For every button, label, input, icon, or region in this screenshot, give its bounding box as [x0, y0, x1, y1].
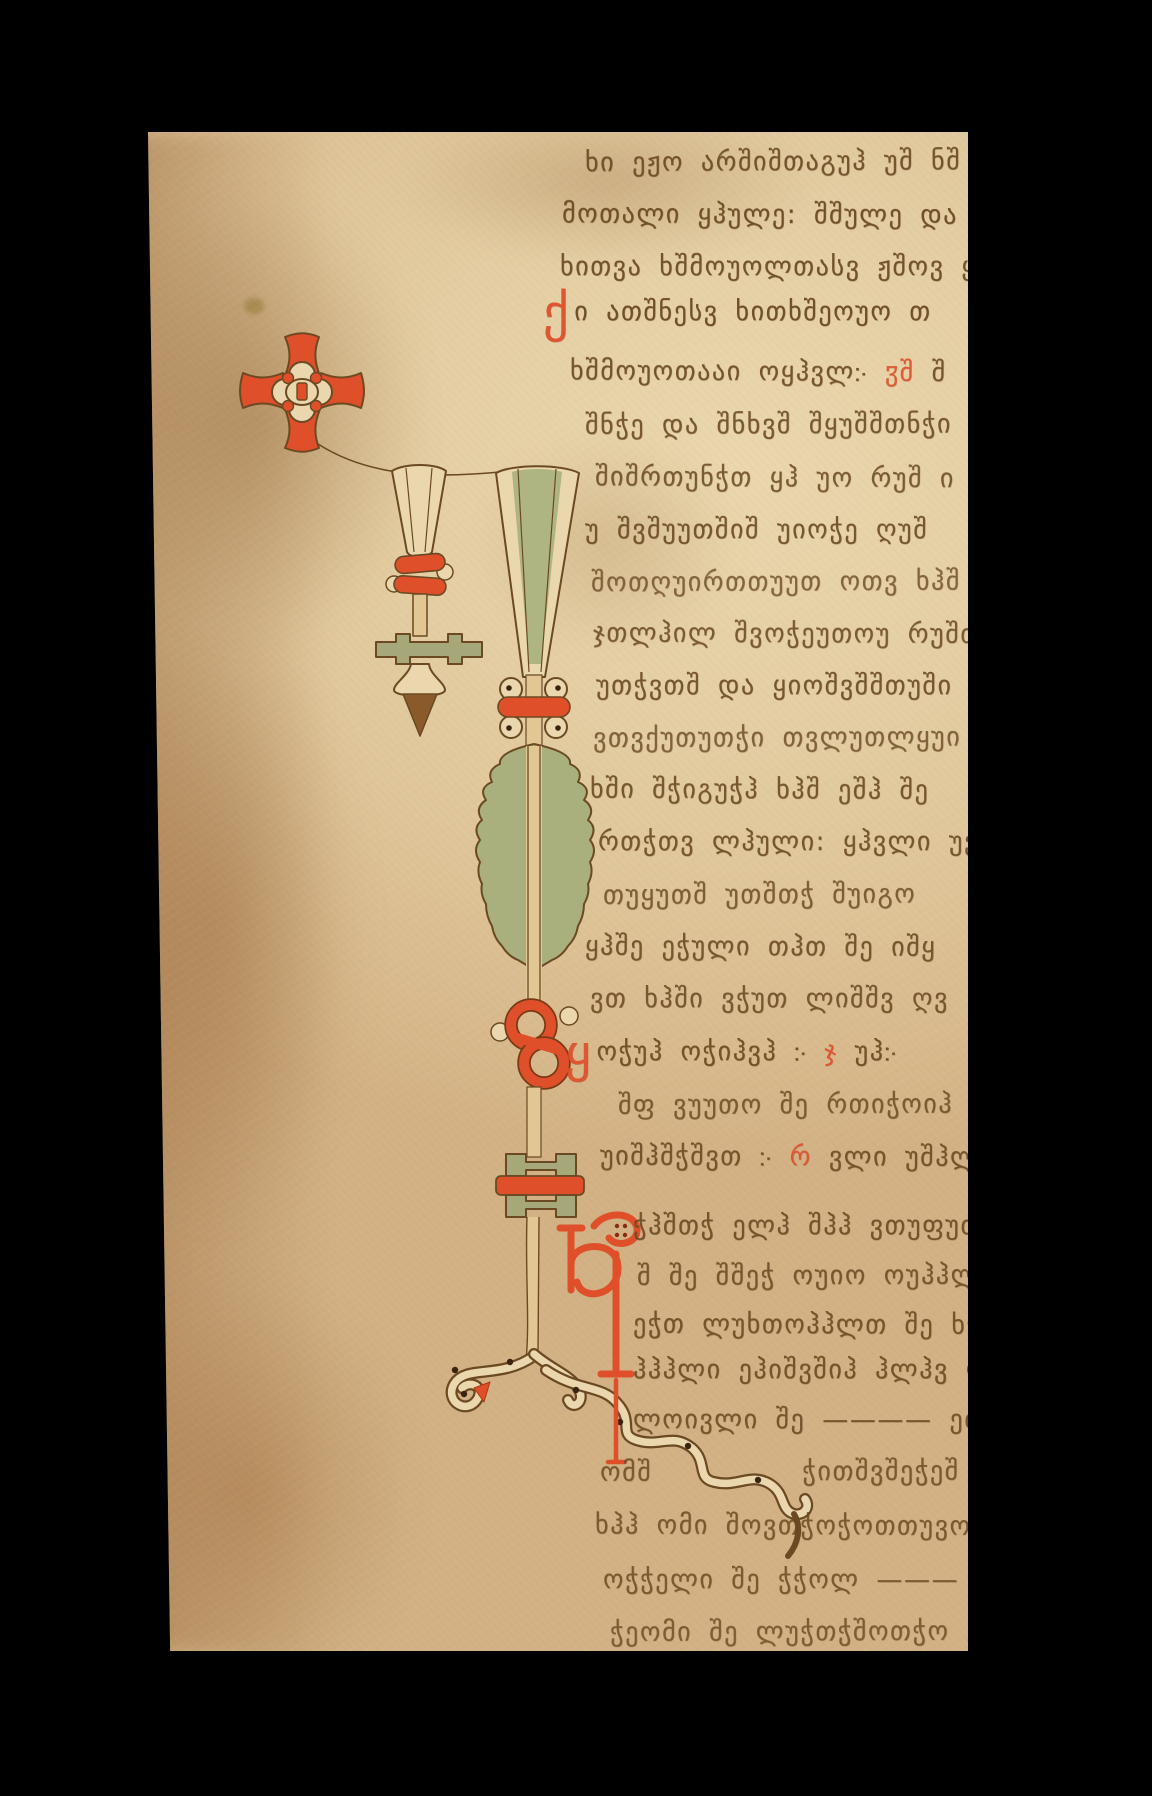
text-line: უ შვშუუთშიშ უიოჭე ღუშ	[585, 514, 928, 546]
manuscript-text-run: ხი ეჟო არშიშთაგუჰ უშ ნშ	[585, 146, 961, 178]
text-line: ჭეომი შე ლუჭთჭშოთჭო ვ ომ	[610, 1615, 968, 1648]
text-line: თუყუთშ უთშთჭ შუიგო	[603, 878, 916, 911]
manuscript-text-run: მოთალი ყჰულე: შშულე და შნლ	[562, 199, 968, 231]
manuscript-text-run: ი ათშნესვ ხითხშეოუო თ	[574, 297, 931, 327]
manuscript-text-run: ყჰშე ეჭული თჰთ შე იშყ	[585, 931, 936, 962]
manuscript-text-run: ხითვა ხშმოუოლთასვ ჟშოვ ყ	[560, 252, 968, 282]
manuscript-text-run: უ შვშუუთშიშ უიოჭე ღუშ	[585, 515, 928, 545]
manuscript-text-run: შნჭე და შნხვშ შყუშშთნჭი	[585, 409, 952, 440]
text-line: შფ ვუუთო შე რთიჭოიჰ	[618, 1088, 953, 1121]
text-line: შ შე შშეჭ ოუიო ოუჰჰლი	[637, 1259, 968, 1292]
manuscript-text-run: ოჭუჰ ოჭიჰვჰ ჻	[596, 1037, 824, 1067]
text-line: რთჭთვ ლჰული: ყჰვლი უვ	[598, 826, 968, 858]
red-initial-text: ქ	[543, 284, 570, 342]
manuscript-text-run: შფ ვუუთო შე რთიჭოიჰ	[618, 1089, 953, 1120]
red-initial-text: ჯ	[824, 1037, 837, 1067]
text-line: ომშჭითშვშეჭეშ	[600, 1455, 960, 1488]
red-initial-text: ყ	[565, 1024, 592, 1082]
text-line: ჰჰჰლი ეჰიშვშიჰ ჰლჰვ ლუ	[633, 1354, 968, 1386]
manuscript-text-run: შ შე შშეჭ ოუიო ოუჰჰლი	[637, 1260, 968, 1291]
manuscript-text-run: ჰჰჰლი ეჰიშვშიჰ ჰლჰვ ლუ	[633, 1355, 968, 1385]
text-line: ქი ათშნესვ ხითხშეოუო თ	[543, 296, 932, 328]
text-column: ხი ეჟო არშიშთაგუჰ უშ ნშმოთალი ყჰულე: შშუ…	[148, 132, 968, 1651]
manuscript-text-run: თუყუთშ უთშთჭ შუიგო	[603, 879, 916, 910]
manuscript-text-run: ოჭჭელი შე ჭჭოლ ——— შშჰლ	[603, 1565, 968, 1595]
text-line: შოთღუირთთუუთ ოთვ ხჰშ ორ	[591, 565, 968, 599]
text-line: უიშჰშჭშვთ ჻ რ ვლი უშჰლ	[600, 1140, 968, 1173]
black-backdrop: { "artifact": { "kind": "medieval manusc…	[0, 0, 1152, 1796]
manuscript-text-run: შ	[915, 358, 947, 388]
manuscript-text-run: ჭითშვშეჭეშ	[802, 1456, 960, 1487]
text-line: შიშრთუნჭთ ყჰ უო რუშ ი	[595, 461, 955, 495]
text-line: ყოჭუჰ ოჭიჰვჰ ჻ ჯ უჰ჻	[565, 1036, 898, 1068]
manuscript-text-run: ლოივლი შე ———— ეთშჭუთო	[633, 1405, 968, 1435]
text-line: ჭჰშთჭ ელჰ შჰჰ ვთუფუთ	[633, 1210, 968, 1242]
red-initial-text: რ	[790, 1142, 812, 1172]
text-line: მოთალი ყჰულე: შშულე და შნლ	[562, 198, 968, 232]
text-line: ვთვქუთუთჭი თვლუთლყუი	[593, 721, 961, 754]
manuscript-text-run: ჭჰშთჭ ელჰ შჰჰ ვთუფუთ	[633, 1211, 968, 1241]
manuscript-text-run: ხჰჰ ომი შოვთჭოჭოთთუვო ჭო	[595, 1510, 968, 1542]
text-line: ხი ეჟო არშიშთაგუჰ უშ ნშ	[585, 145, 961, 179]
text-line: ხითვა ხშმოუოლთასვ ჟშოვ ყ	[560, 251, 968, 283]
manuscript-text-run: ვლი უშჰლ	[812, 1142, 968, 1173]
manuscript-text-run: ვთ ხჰში ვჭუთ ლიშშვ ღვ	[590, 984, 949, 1014]
manuscript-text-run: ვთვქუთუთჭი თვლუთლყუი	[593, 722, 961, 753]
red-initial-text: ჳშ	[885, 358, 915, 388]
manuscript-text-run: შოთღუირთთუუთ ოთვ ხჰშ ორ	[591, 566, 968, 598]
text-line: შნჭე და შნხვშ შყუშშთნჭი	[585, 408, 952, 441]
manuscript-text-run: ჭეომი შე ლუჭთჭშოთჭო ვ ომ	[610, 1616, 968, 1647]
text-line: ეჭთ ლუხთოჰჰლთ შე ხჭო	[633, 1308, 968, 1341]
manuscript-text-run: ხში შჭიგუჭჰ ხჰშ ეშჰ შე	[590, 774, 929, 805]
text-line: უთჭვთშ და ყიოშვშშთუში	[596, 670, 953, 702]
manuscript-text-run: რთჭთვ ლჰული: ყჰვლი უვ	[598, 827, 968, 857]
manuscript-page: ხი ეჟო არშიშთაგუჰ უშ ნშმოთალი ყჰულე: შშუ…	[148, 132, 968, 1651]
manuscript-text-run: შიშრთუნჭთ ყჰ უო რუშ ი	[595, 462, 955, 494]
manuscript-text-run: უიშჰშჭშვთ ჻	[600, 1141, 790, 1172]
text-line: ჯთლჰილ შვოჭეუთოუ რუშთ	[593, 617, 968, 650]
text-line: ხშმოუოთააი ოყჰვლ჻ ჳშ შ	[570, 355, 947, 389]
manuscript-text-run: ხშმოუოთააი ოყჰვლ჻	[570, 356, 885, 387]
manuscript-text-run: ეჭთ ლუხთოჰჰლთ შე ხჭო	[633, 1309, 968, 1340]
manuscript-text-run: ჯთლჰილ შვოჭეუთოუ რუშთ	[593, 618, 968, 649]
manuscript-text-run	[652, 1480, 802, 1481]
text-line: ყჰშე ეჭული თჰთ შე იშყ	[585, 930, 936, 963]
manuscript-text-run: უთჭვთშ და ყიოშვშშთუში	[596, 671, 953, 701]
text-line: ხში შჭიგუჭჰ ხჰშ ეშჰ შე	[590, 773, 929, 806]
text-line: ლოივლი შე ———— ეთშჭუთო	[633, 1404, 968, 1436]
text-line: ვთ ხჰში ვჭუთ ლიშშვ ღვ	[590, 983, 949, 1015]
text-line: ხჰჰ ომი შოვთჭოჭოთთუვო ჭო	[595, 1509, 968, 1543]
manuscript-text-run: უჰ჻	[838, 1037, 898, 1067]
manuscript-text-run: ომშ	[600, 1457, 652, 1487]
text-line: ოჭჭელი შე ჭჭოლ ——— შშჰლ	[603, 1564, 968, 1596]
